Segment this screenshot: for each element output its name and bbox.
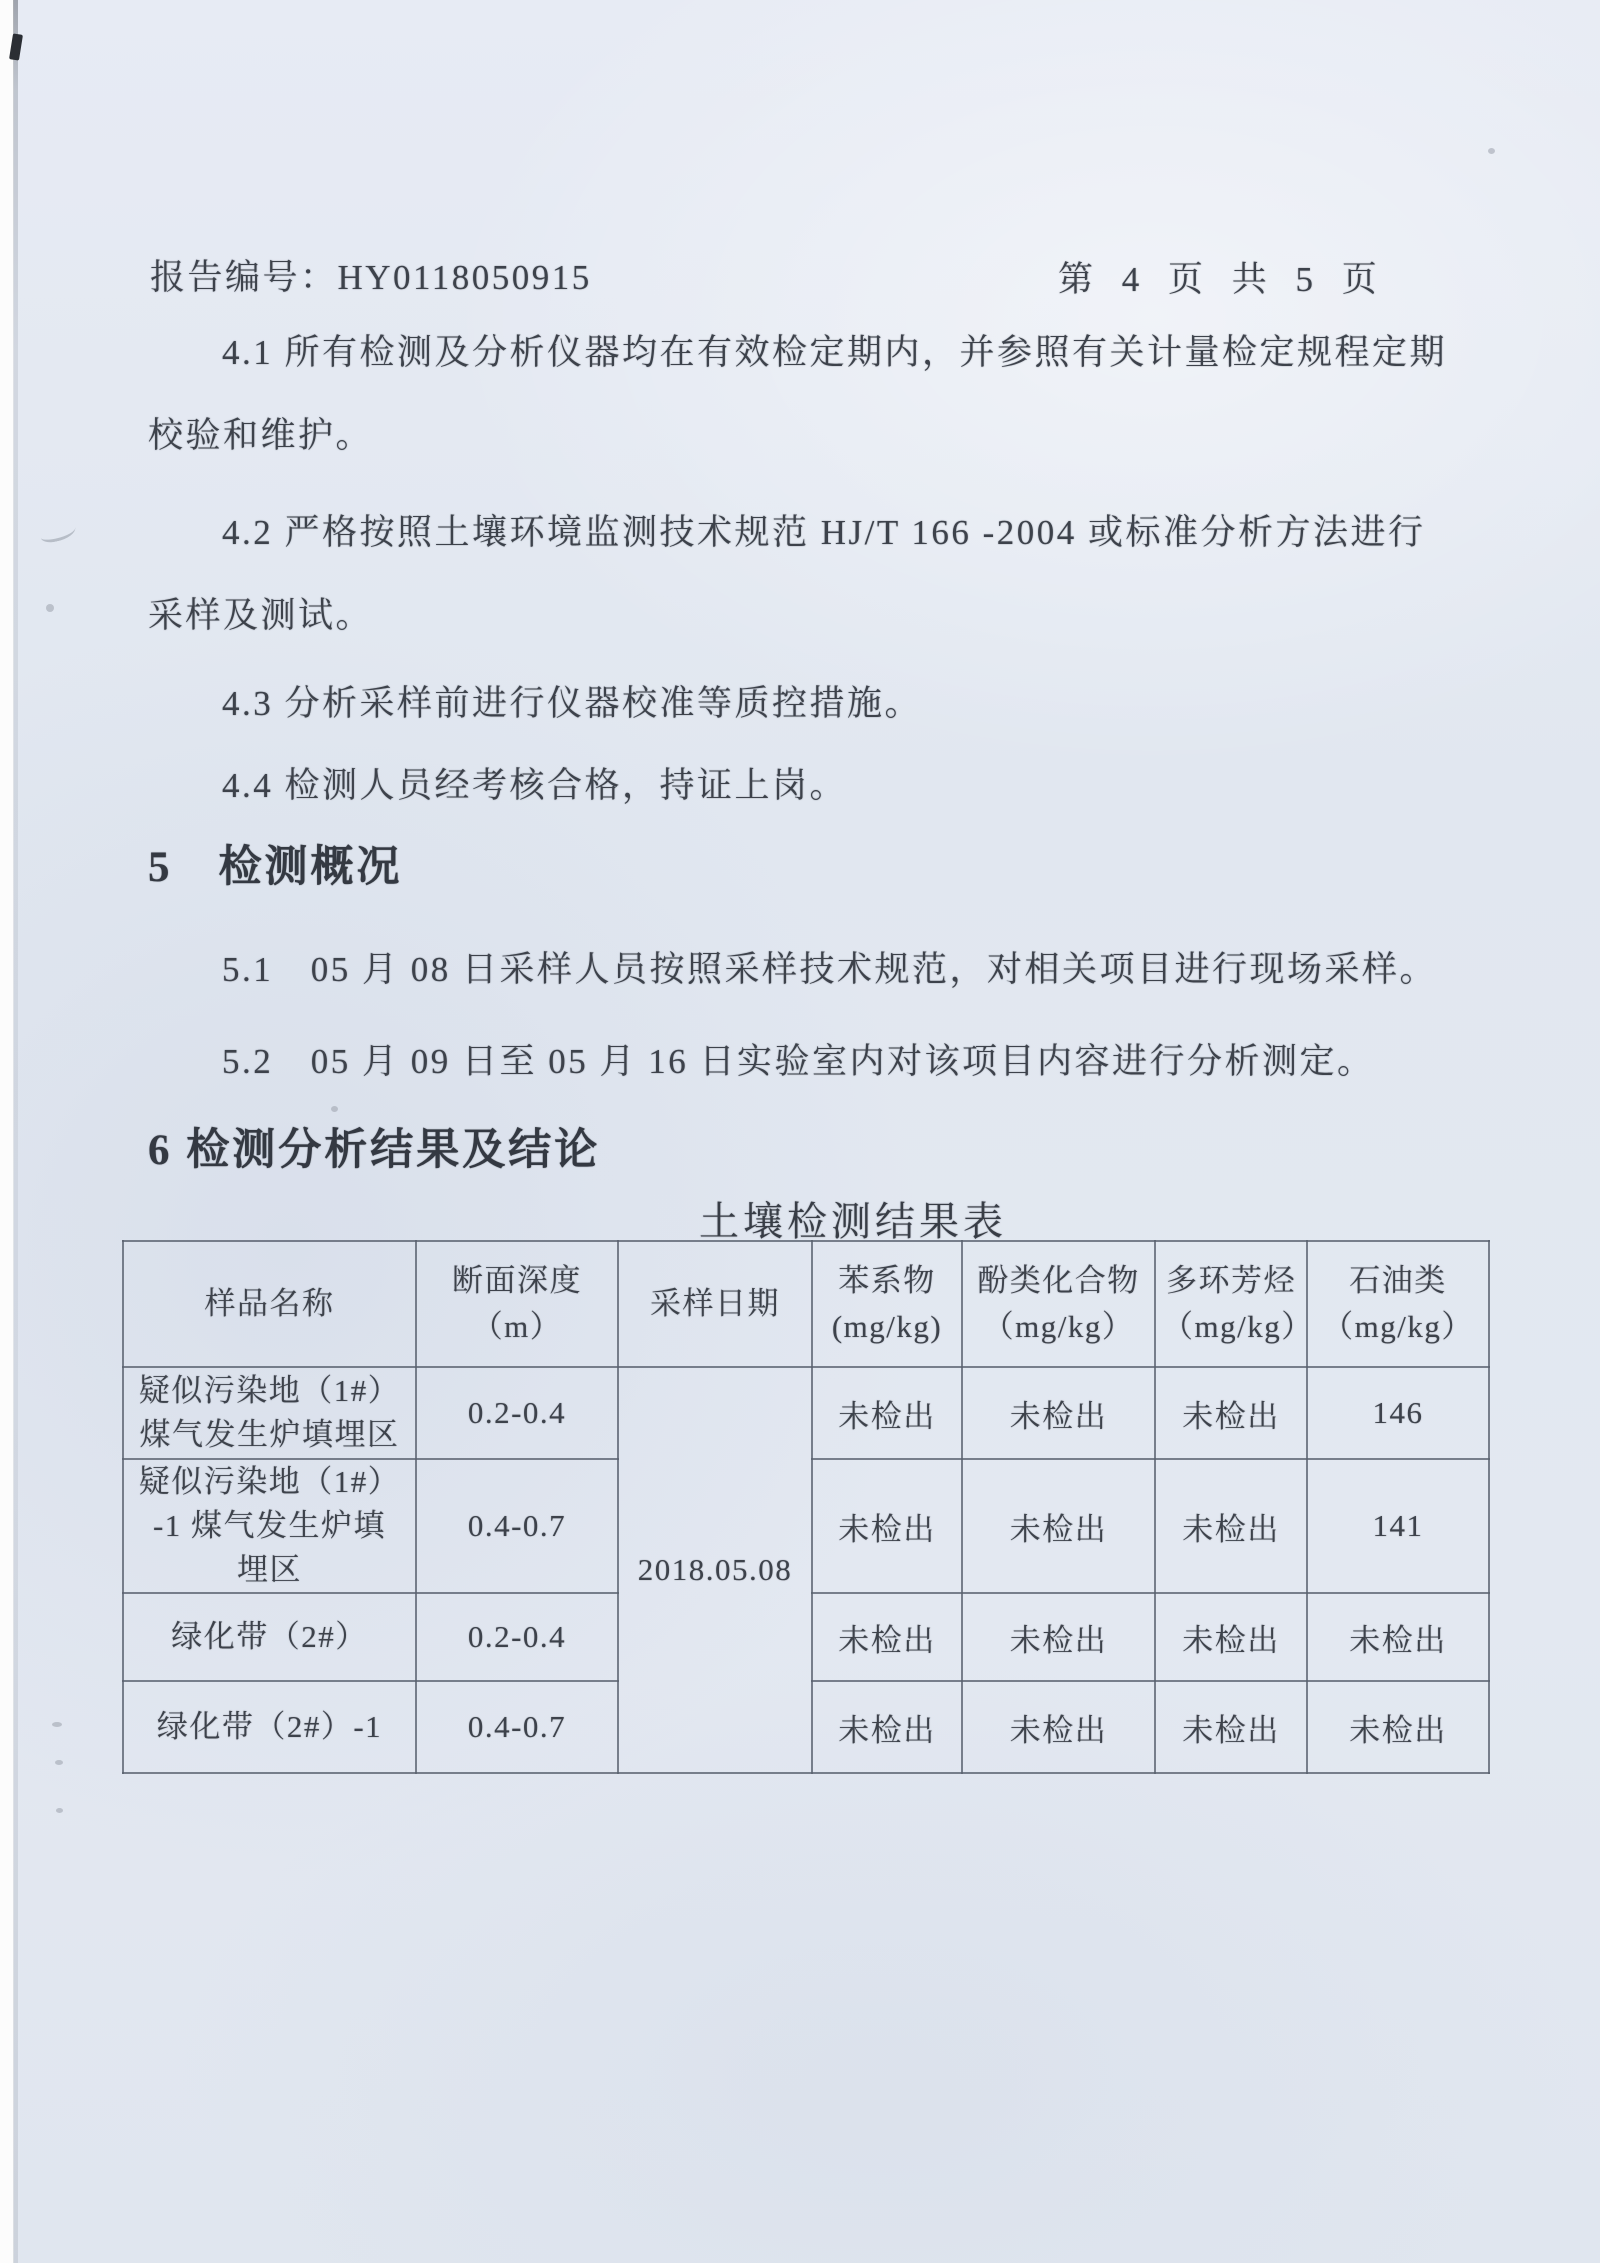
cell-pahs: 未检出	[1155, 1593, 1307, 1681]
header-label: 断面深度	[423, 1258, 611, 1304]
scan-artifact	[1488, 148, 1495, 154]
scan-edge-strip	[0, 0, 14, 2263]
para-5-1: 5.1 05 月 08 日采样人员按照采样技术规范，对相关项目进行现场采样。	[222, 942, 1437, 992]
cell-depth: 0.4-0.7	[416, 1681, 618, 1773]
cell-petroleum: 146	[1307, 1367, 1489, 1459]
col-header-sample-name: 样品名称	[123, 1241, 416, 1367]
header-label: 苯系物	[819, 1258, 955, 1304]
cell-pahs: 未检出	[1155, 1681, 1307, 1773]
col-header-pahs: 多环芳烃 （mg/kg）	[1155, 1241, 1307, 1367]
cell-phenols: 未检出	[962, 1367, 1155, 1459]
col-header-sampling-date: 采样日期	[618, 1241, 812, 1367]
cell-petroleum: 未检出	[1307, 1593, 1489, 1681]
table-header-row: 样品名称 断面深度 （m） 采样日期 苯系物 (mg/kg) 酚类化合物	[123, 1241, 1489, 1367]
table-row: 疑似污染地（1#） 煤气发生炉填埋区 0.2-0.4 2018.05.08 未检…	[123, 1367, 1489, 1459]
cell-pahs: 未检出	[1155, 1459, 1307, 1593]
header-label: 多环芳烃	[1162, 1258, 1300, 1304]
para-5-2: 5.2 05 月 09 日至 05 月 16 日实验室内对该项目内容进行分析测定…	[222, 1034, 1375, 1084]
para-4-2-line2: 采样及测试。	[148, 588, 373, 638]
header-label: 酚类化合物	[969, 1258, 1148, 1304]
table-title: 土壤检测结果表	[170, 1190, 1536, 1247]
header-unit: （mg/kg）	[969, 1304, 1148, 1350]
scan-artifact	[46, 604, 54, 612]
cell-phenols: 未检出	[962, 1681, 1155, 1773]
col-header-phenols: 酚类化合物 （mg/kg）	[962, 1241, 1155, 1367]
section-5-heading: 5 检测概况	[148, 833, 403, 894]
cell-benzene: 未检出	[812, 1367, 962, 1459]
para-4-4: 4.4 检测人员经考核合格，持证上岗。	[222, 758, 847, 808]
scanned-report-page: 报告编号：HY0118050915 第 4 页 共 5 页 4.1 所有检测及分…	[0, 0, 1600, 2263]
scan-artifact	[52, 1722, 62, 1727]
scan-artifact	[331, 1106, 338, 1112]
cell-sample-name: 绿化带（2#）-1	[123, 1681, 416, 1773]
cell-phenols: 未检出	[962, 1459, 1155, 1593]
cell-pahs: 未检出	[1155, 1367, 1307, 1459]
scan-artifact	[56, 1808, 63, 1813]
section-6-heading: 6 检测分析结果及结论	[148, 1116, 600, 1177]
para-4-1-line2: 校验和维护。	[148, 408, 373, 458]
cell-sample-name: 疑似污染地（1#） 煤气发生炉填埋区	[123, 1367, 416, 1459]
header-unit: （mg/kg）	[1162, 1304, 1300, 1350]
cell-benzene: 未检出	[812, 1681, 962, 1773]
cell-petroleum: 未检出	[1307, 1681, 1489, 1773]
para-4-2-line1: 4.2 严格按照土壤环境监测技术规范 HJ/T 166 -2004 或标准分析方…	[222, 505, 1426, 555]
header-unit: （m）	[423, 1304, 611, 1350]
page-indicator: 第 4 页 共 5 页	[1058, 252, 1383, 302]
scan-artifact	[55, 1760, 63, 1765]
col-header-petroleum: 石油类 （mg/kg）	[1307, 1241, 1489, 1367]
para-4-1-line1: 4.1 所有检测及分析仪器均在有效检定期内，并参照有关计量检定规程定期	[222, 325, 1447, 375]
report-number: 报告编号：HY0118050915	[150, 250, 592, 300]
header-unit: (mg/kg)	[819, 1304, 955, 1350]
cell-depth: 0.4-0.7	[416, 1459, 618, 1593]
cell-sample-name: 疑似污染地（1#） -1 煤气发生炉填 埋区	[123, 1459, 416, 1593]
header-label: 样品名称	[130, 1281, 409, 1327]
col-header-benzene: 苯系物 (mg/kg)	[812, 1241, 962, 1367]
cell-sampling-date: 2018.05.08	[618, 1367, 812, 1773]
cell-depth: 0.2-0.4	[416, 1367, 618, 1459]
header-label: 采样日期	[625, 1281, 805, 1327]
scan-edge-shadow	[13, 0, 18, 2263]
cell-benzene: 未检出	[812, 1593, 962, 1681]
para-4-3: 4.3 分析采样前进行仪器校准等质控措施。	[222, 676, 922, 726]
cell-sample-name: 绿化带（2#）	[123, 1593, 416, 1681]
scan-artifact	[39, 520, 78, 544]
cell-phenols: 未检出	[962, 1593, 1155, 1681]
col-header-depth: 断面深度 （m）	[416, 1241, 618, 1367]
soil-results-table: 样品名称 断面深度 （m） 采样日期 苯系物 (mg/kg) 酚类化合物	[122, 1240, 1490, 1774]
cell-depth: 0.2-0.4	[416, 1593, 618, 1681]
header-label: 石油类	[1314, 1258, 1482, 1304]
header-unit: （mg/kg）	[1314, 1304, 1482, 1350]
cell-benzene: 未检出	[812, 1459, 962, 1593]
cell-petroleum: 141	[1307, 1459, 1489, 1593]
